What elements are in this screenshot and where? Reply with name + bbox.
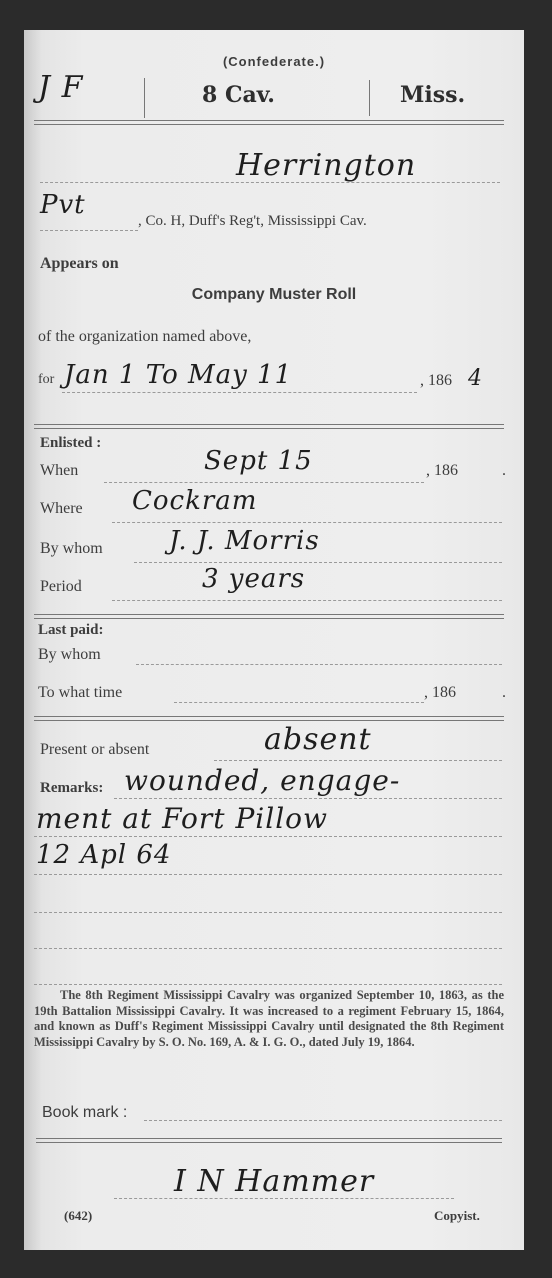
state-heading: Miss.	[400, 82, 465, 108]
remarks-label: Remarks:	[40, 780, 103, 797]
form-number: (642)	[64, 1208, 92, 1224]
enlisted-when-period: .	[502, 462, 506, 480]
remarks-rule-5	[34, 948, 502, 949]
appears-on-label: Appears on	[40, 255, 119, 273]
enlisted-where-line	[112, 522, 502, 523]
rule-1	[34, 424, 504, 429]
unit-heading: 8 Cav.	[202, 82, 275, 108]
header-divider-left	[144, 78, 145, 118]
to-what-time-year: , 186	[424, 684, 456, 702]
enlisted-where-label: Where	[40, 500, 83, 518]
present-or-absent-line	[214, 760, 502, 761]
remarks-rule-4	[34, 912, 502, 913]
header-rule	[34, 120, 504, 125]
enlisted-when-year: , 186	[426, 462, 458, 480]
book-mark-line	[144, 1120, 502, 1121]
present-or-absent-label: Present or absent	[40, 741, 149, 759]
enlisted-period-line	[112, 600, 502, 601]
enlisted-by-whom-value: J. J. Morris	[169, 526, 320, 556]
remarks-line-2: ment at Fort Pillow	[36, 802, 328, 835]
unit-history-note: The 8th Regiment Mississippi Cavalry was…	[34, 988, 504, 1050]
rank-handwritten: Pvt	[40, 190, 86, 220]
copyist-label: Copyist.	[434, 1208, 480, 1224]
compiled-service-record-card: (Confederate.) J F 8 Cav. Miss. Herringt…	[24, 30, 524, 1250]
copyist-signature: I N Hammer	[174, 1164, 374, 1199]
file-mark-handwritten: J F	[38, 70, 83, 105]
rule-footer	[36, 1138, 502, 1143]
rule-3	[34, 716, 504, 721]
header-divider-right	[369, 80, 370, 116]
remarks-rule-1	[114, 798, 502, 799]
signature-line	[114, 1198, 454, 1199]
last-paid-label: Last paid:	[38, 622, 103, 639]
to-what-time-label: To what time	[38, 684, 122, 702]
book-mark-label: Book mark :	[42, 1104, 127, 1122]
roll-title: Company Muster Roll	[24, 286, 524, 304]
surname-line	[40, 182, 500, 183]
enlisted-by-whom-line	[134, 562, 502, 563]
remarks-rule-6	[34, 984, 502, 985]
to-what-time-line	[174, 702, 424, 703]
organization-label: of the organization named above,	[38, 328, 251, 346]
surname-handwritten: Herrington	[236, 148, 416, 183]
to-what-time-period: .	[502, 684, 506, 702]
company-line: , Co. H, Duff's Reg't, Mississippi Cav.	[138, 213, 367, 230]
enlisted-by-whom-label: By whom	[40, 540, 103, 558]
last-paid-by-whom-label: By whom	[38, 646, 101, 664]
remarks-rule-2	[34, 836, 502, 837]
muster-period-line	[62, 392, 417, 393]
for-label: for	[38, 372, 54, 388]
muster-period-handwritten: Jan 1 To May 11	[64, 360, 292, 390]
enlisted-period-value: 3 years	[202, 564, 305, 594]
enlisted-when-value: Sept 15	[204, 446, 313, 476]
enlisted-when-label: When	[40, 462, 78, 480]
enlisted-label: Enlisted :	[40, 435, 101, 452]
classification-heading: (Confederate.)	[24, 54, 524, 69]
enlisted-where-value: Cockram	[132, 486, 257, 516]
muster-year-prefix: , 186	[420, 372, 452, 390]
remarks-rule-3	[34, 874, 502, 875]
last-paid-by-whom-line	[136, 664, 502, 665]
muster-year-suffix: 4	[468, 366, 483, 391]
enlisted-period-label: Period	[40, 578, 82, 596]
unit-history-text: The 8th Regiment Mississippi Cavalry was…	[34, 988, 504, 1050]
rule-2	[34, 614, 504, 619]
rank-line	[40, 230, 138, 231]
present-or-absent-value: absent	[264, 722, 372, 757]
enlisted-when-line	[104, 482, 424, 483]
remarks-line-1: wounded, engage-	[124, 764, 400, 797]
remarks-line-3: 12 Apl 64	[36, 840, 171, 870]
